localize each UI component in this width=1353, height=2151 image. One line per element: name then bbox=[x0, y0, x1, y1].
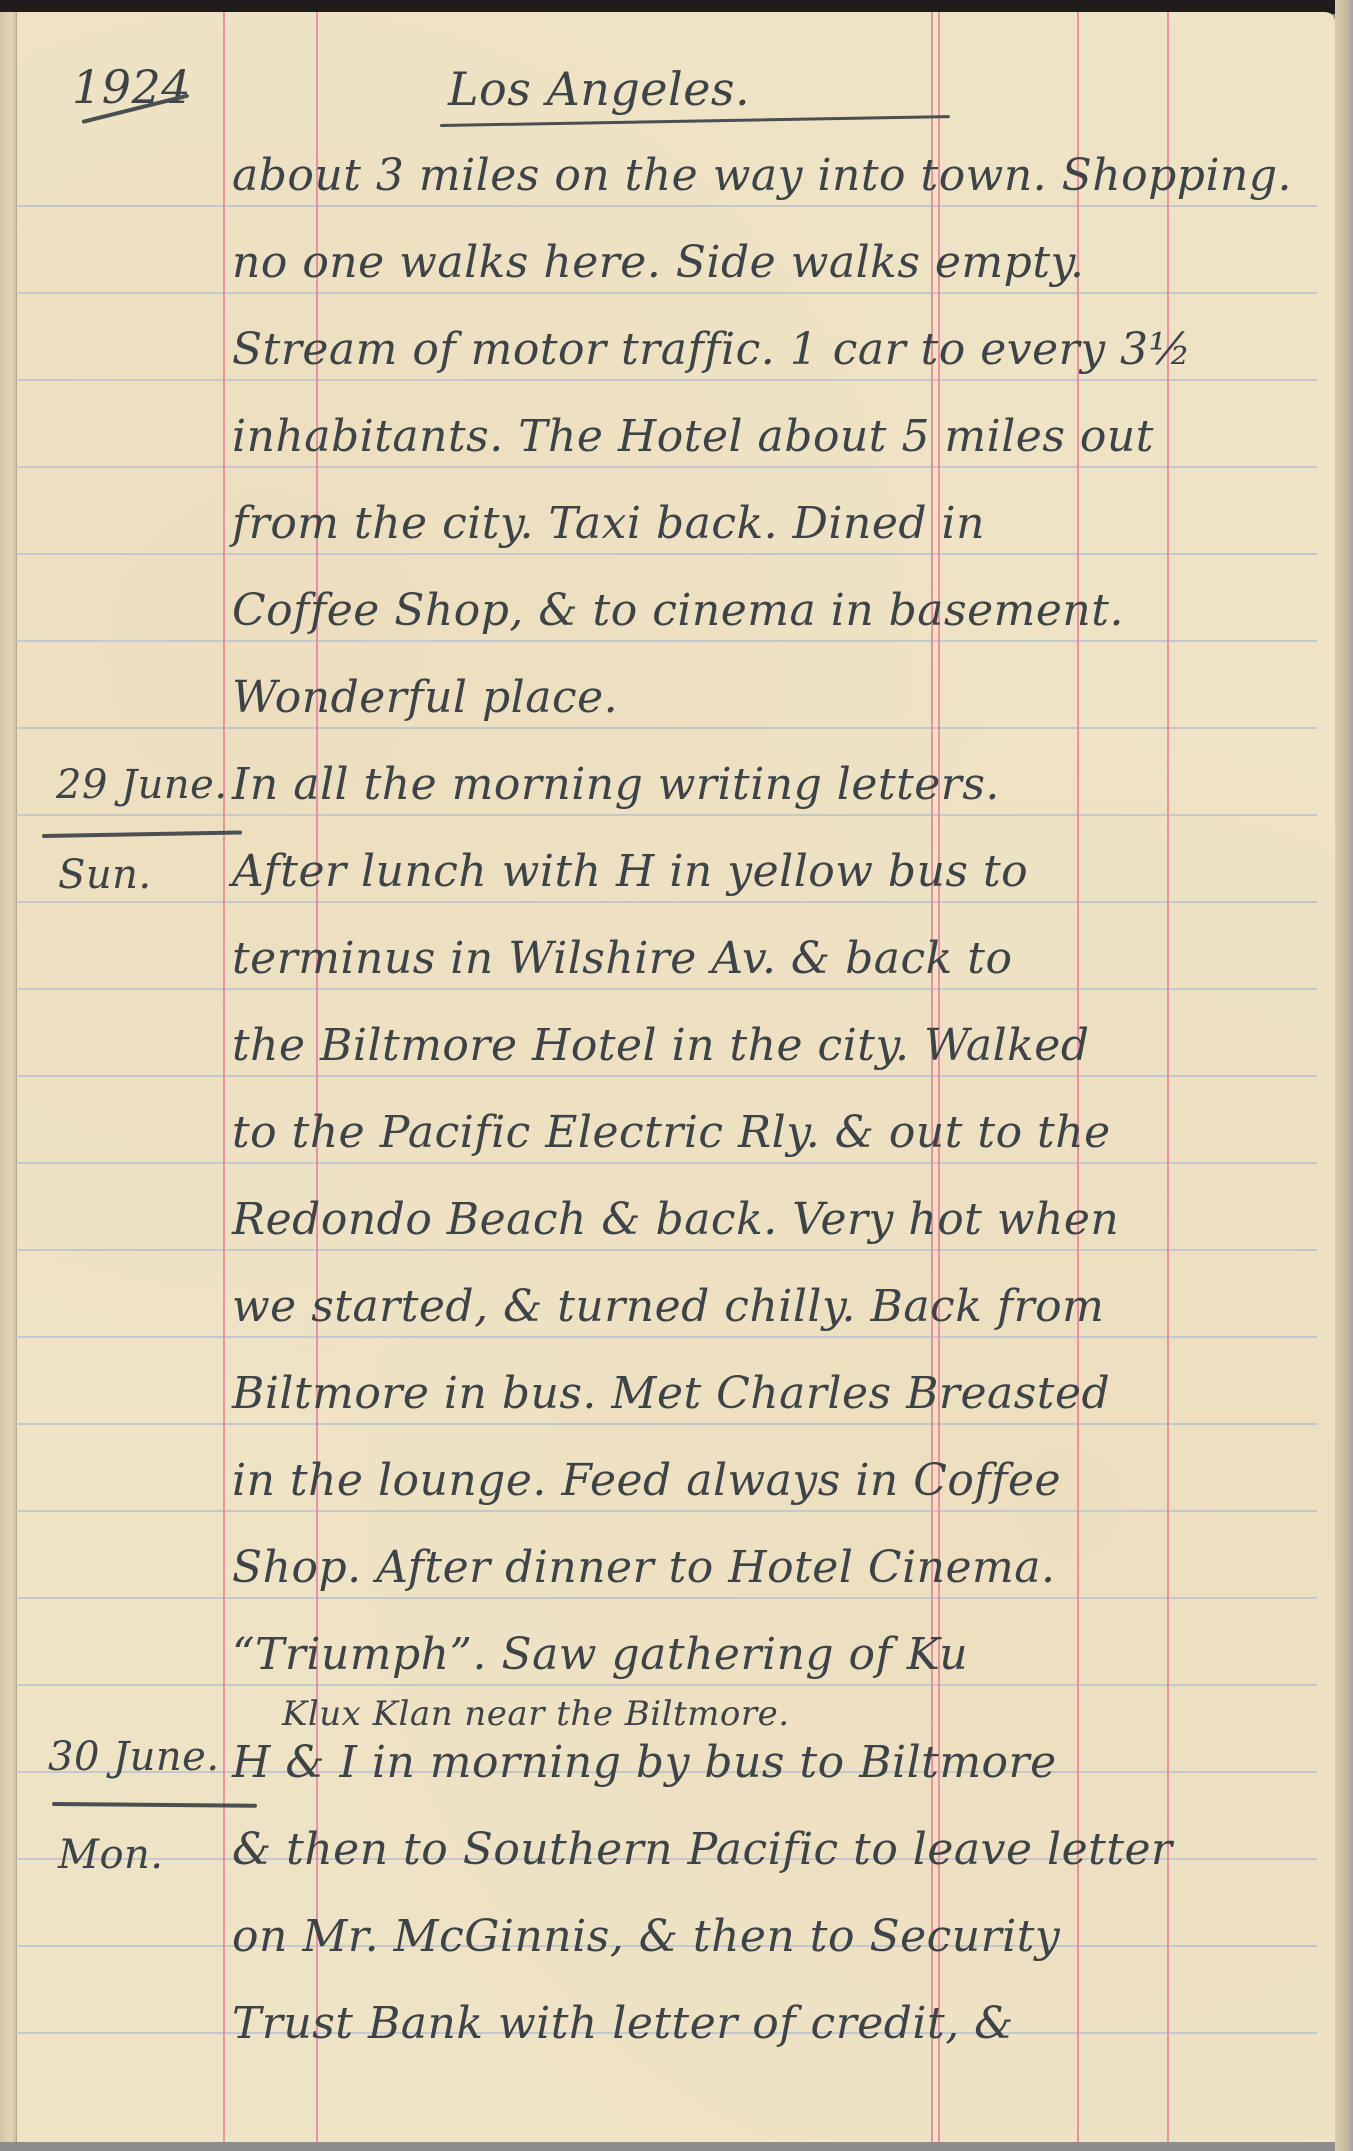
diary-line: about 3 miles on the way into town. Shop… bbox=[232, 150, 1292, 201]
date-underline bbox=[52, 1802, 257, 1808]
diary-line: on Mr. McGinnis, & then to Security bbox=[232, 1911, 1060, 1962]
ruled-line bbox=[16, 640, 1317, 642]
diary-line: in the lounge. Feed always in Coffee bbox=[232, 1455, 1061, 1506]
diary-line: from the city. Taxi back. Dined in bbox=[232, 498, 985, 549]
ruled-line bbox=[16, 1075, 1317, 1077]
ruled-line bbox=[16, 553, 1317, 555]
ruled-line bbox=[16, 1162, 1317, 1164]
ruled-line bbox=[16, 901, 1317, 903]
entry-day: Mon. bbox=[58, 1832, 164, 1878]
diary-line: & then to Southern Pacific to leave lett… bbox=[232, 1824, 1173, 1875]
diary-line: H & I in morning by bus to Biltmore bbox=[232, 1737, 1057, 1788]
notebook-page-edges bbox=[1335, 0, 1353, 2151]
entry-date: 29 June. bbox=[56, 762, 228, 808]
diary-line: Stream of motor traffic. 1 car to every … bbox=[232, 324, 1192, 375]
ruled-line bbox=[16, 1423, 1317, 1425]
ruled-line bbox=[16, 1597, 1317, 1599]
entry-date: 30 June. bbox=[48, 1734, 220, 1780]
diary-line: Coffee Shop, & to cinema in basement. bbox=[232, 585, 1124, 636]
diary-line: Redondo Beach & back. Very hot when bbox=[232, 1194, 1119, 1245]
diary-line: to the Pacific Electric Rly. & out to th… bbox=[232, 1107, 1111, 1158]
diary-line-insert: Klux Klan near the Biltmore. bbox=[282, 1694, 790, 1734]
ruled-line bbox=[16, 814, 1317, 816]
margin-rule bbox=[223, 12, 225, 2142]
ruled-line bbox=[16, 1510, 1317, 1512]
diary-line: Trust Bank with letter of credit, & bbox=[232, 1998, 1014, 2049]
ruled-line bbox=[16, 727, 1317, 729]
ruled-line bbox=[16, 1684, 1317, 1686]
diary-line: Biltmore in bus. Met Charles Breasted bbox=[232, 1368, 1110, 1419]
diary-line: we started, & turned chilly. Back from bbox=[232, 1281, 1104, 1332]
ruled-line bbox=[16, 1336, 1317, 1338]
diary-line: Wonderful place. bbox=[232, 672, 618, 723]
diary-line: Shop. After dinner to Hotel Cinema. bbox=[232, 1542, 1055, 1593]
diary-line: no one walks here. Side walks empty. bbox=[232, 237, 1085, 288]
ruled-line bbox=[16, 988, 1317, 990]
diary-line: the Biltmore Hotel in the city. Walked bbox=[232, 1020, 1090, 1071]
diary-line: “Triumph”. Saw gathering of Ku bbox=[232, 1629, 968, 1680]
location-underline bbox=[440, 115, 950, 127]
diary-line: In all the morning writing letters. bbox=[232, 759, 1000, 810]
ruled-line bbox=[16, 379, 1317, 381]
diary-line: terminus in Wilshire Av. & back to bbox=[232, 933, 1012, 984]
ruled-line bbox=[16, 205, 1317, 207]
ruled-line bbox=[16, 292, 1317, 294]
date-underline bbox=[42, 831, 242, 838]
diary-page: 1924 Los Angeles. about 3 miles on the w… bbox=[0, 12, 1335, 2142]
location-heading: Los Angeles. bbox=[448, 62, 750, 116]
year-heading: 1924 bbox=[72, 60, 191, 114]
page-gutter bbox=[0, 12, 17, 2142]
entry-day: Sun. bbox=[58, 852, 152, 898]
ruled-line bbox=[16, 1249, 1317, 1251]
diary-line: After lunch with H in yellow bus to bbox=[232, 846, 1028, 897]
ruled-line bbox=[16, 466, 1317, 468]
diary-line: inhabitants. The Hotel about 5 miles out bbox=[232, 411, 1154, 462]
